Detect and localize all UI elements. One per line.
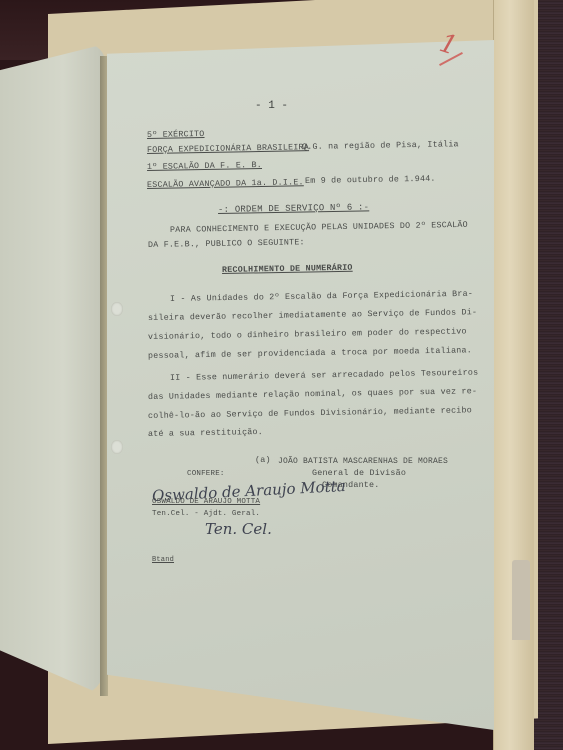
punch-hole [111, 302, 123, 316]
confere-title: Ten.Cel. - Ajdt. Geral. [152, 510, 260, 518]
signatory-prefix: (a) [255, 455, 271, 465]
paragraph-line: até a sua restituição. [148, 427, 263, 439]
binding-gutter [100, 56, 108, 696]
left-page[interactable] [0, 44, 105, 696]
header-line: 1º ESCALÃO DA F. E. B. [147, 160, 262, 172]
signatory-rank: General de Divisão [312, 468, 406, 478]
folder-tab [512, 560, 530, 640]
page-number: - 1 - [255, 100, 288, 112]
confere-name: OSWALDO DE ARAUJO MOTTA [152, 498, 260, 506]
handwritten-note: Ten. Cel. [205, 520, 272, 538]
punch-hole [111, 440, 123, 454]
signatory-name: JOÃO BATISTA MASCARENHAS DE MORAES [278, 457, 448, 466]
header-line: 5º EXÉRCITO [147, 129, 205, 140]
confere-label: CONFERE: [187, 470, 225, 478]
footer-initials: Btand [152, 556, 174, 564]
